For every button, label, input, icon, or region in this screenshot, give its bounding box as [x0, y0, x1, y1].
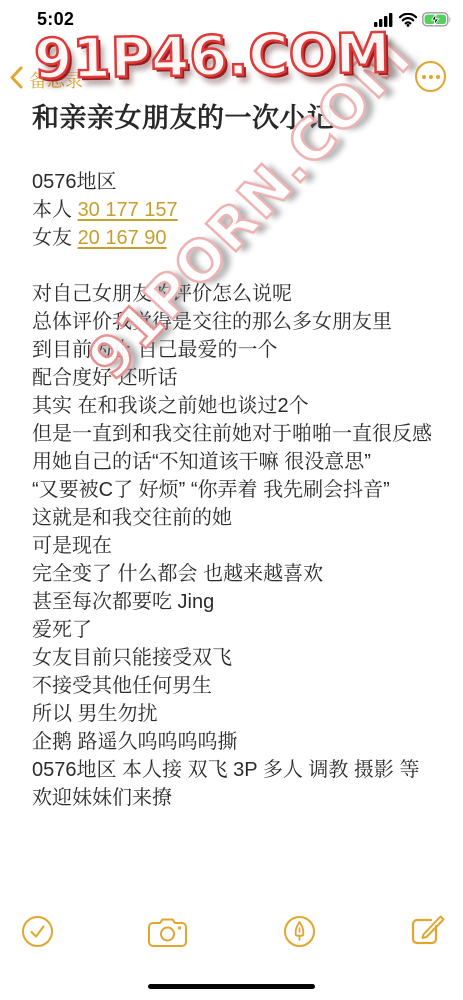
clock-time: 5:02 [37, 9, 74, 30]
note-line: 配合度好 还听话 [32, 364, 452, 392]
note-line: 总体评价我觉得是交往的那么多女朋友里 [32, 308, 452, 336]
note-line: 企鹅 路遥久呜呜呜呜撕 [32, 728, 452, 756]
markup-icon[interactable] [283, 915, 316, 953]
note-line: 0576地区 本人接 双飞 3P 多人 调教 摄影 等 [32, 756, 452, 784]
note-line: 到目前为止 自己最爱的一个 [32, 336, 452, 364]
back-button-label: 备忘录 [29, 67, 83, 93]
note-line: 完全变了 什么都会 也越来越喜欢 [32, 560, 452, 588]
nav-bar: 备忘录 [0, 58, 463, 102]
me-phone-link[interactable]: 30 177 157 [78, 199, 178, 221]
note-line: 甚至每次都要吃 Jing [32, 588, 452, 616]
note-paragraph: 对自己女朋友的评价怎么说呢总体评价我觉得是交往的那么多女朋友里到目前为止 自己最… [32, 280, 452, 812]
note-line: 欢迎妹妹们来撩 [32, 784, 452, 812]
checklist-icon[interactable] [21, 915, 54, 953]
note-line: 这就是和我交往前的她 [32, 504, 452, 532]
chevron-left-icon [10, 66, 23, 94]
notes-app-screen: 5:02 [0, 0, 463, 1000]
note-line: 不接受其他任何男生 [32, 672, 452, 700]
note-line: 对自己女朋友的评价怎么说呢 [32, 280, 452, 308]
camera-icon[interactable] [148, 918, 187, 952]
ellipsis-circle-icon[interactable] [415, 61, 446, 92]
gf-label: 女友 [32, 227, 78, 249]
note-line: 但是一直到和我交往前她对于啪啪一直很反感 [32, 420, 452, 448]
compose-icon[interactable] [409, 913, 446, 955]
note-line: 爱死了 [32, 616, 452, 644]
status-bar: 5:02 [0, 0, 463, 34]
note-line: 女友目前只能接受双飞 [32, 644, 452, 672]
me-label: 本人 [32, 199, 78, 221]
wifi-icon [399, 13, 417, 32]
cellular-signal-icon [374, 13, 394, 32]
note-line: “又要被C了 好烦” “你弄着 我先刷会抖音” [32, 476, 452, 504]
bottom-toolbar [0, 908, 463, 964]
home-indicator[interactable] [148, 984, 315, 989]
note-line: 可是现在 [32, 532, 452, 560]
note-line: 其实 在和我谈之前她也谈过2个 [32, 392, 452, 420]
note-line-me: 本人 30 177 157 [32, 196, 452, 224]
note-line-gf: 女友 20 167 90 [32, 224, 452, 252]
gf-phone-link[interactable]: 20 167 90 [78, 227, 167, 249]
battery-charging-icon [422, 12, 452, 32]
back-button[interactable]: 备忘录 [10, 66, 83, 94]
note-line: 用她自己的话“不知道该干嘛 很没意思” [32, 448, 452, 476]
status-icons [374, 12, 452, 32]
note-body: 0576地区 本人 30 177 157 女友 20 167 90 对自己女朋友… [32, 168, 452, 812]
note-line: 所以 男生勿扰 [32, 700, 452, 728]
note-line-region: 0576地区 [32, 168, 452, 196]
